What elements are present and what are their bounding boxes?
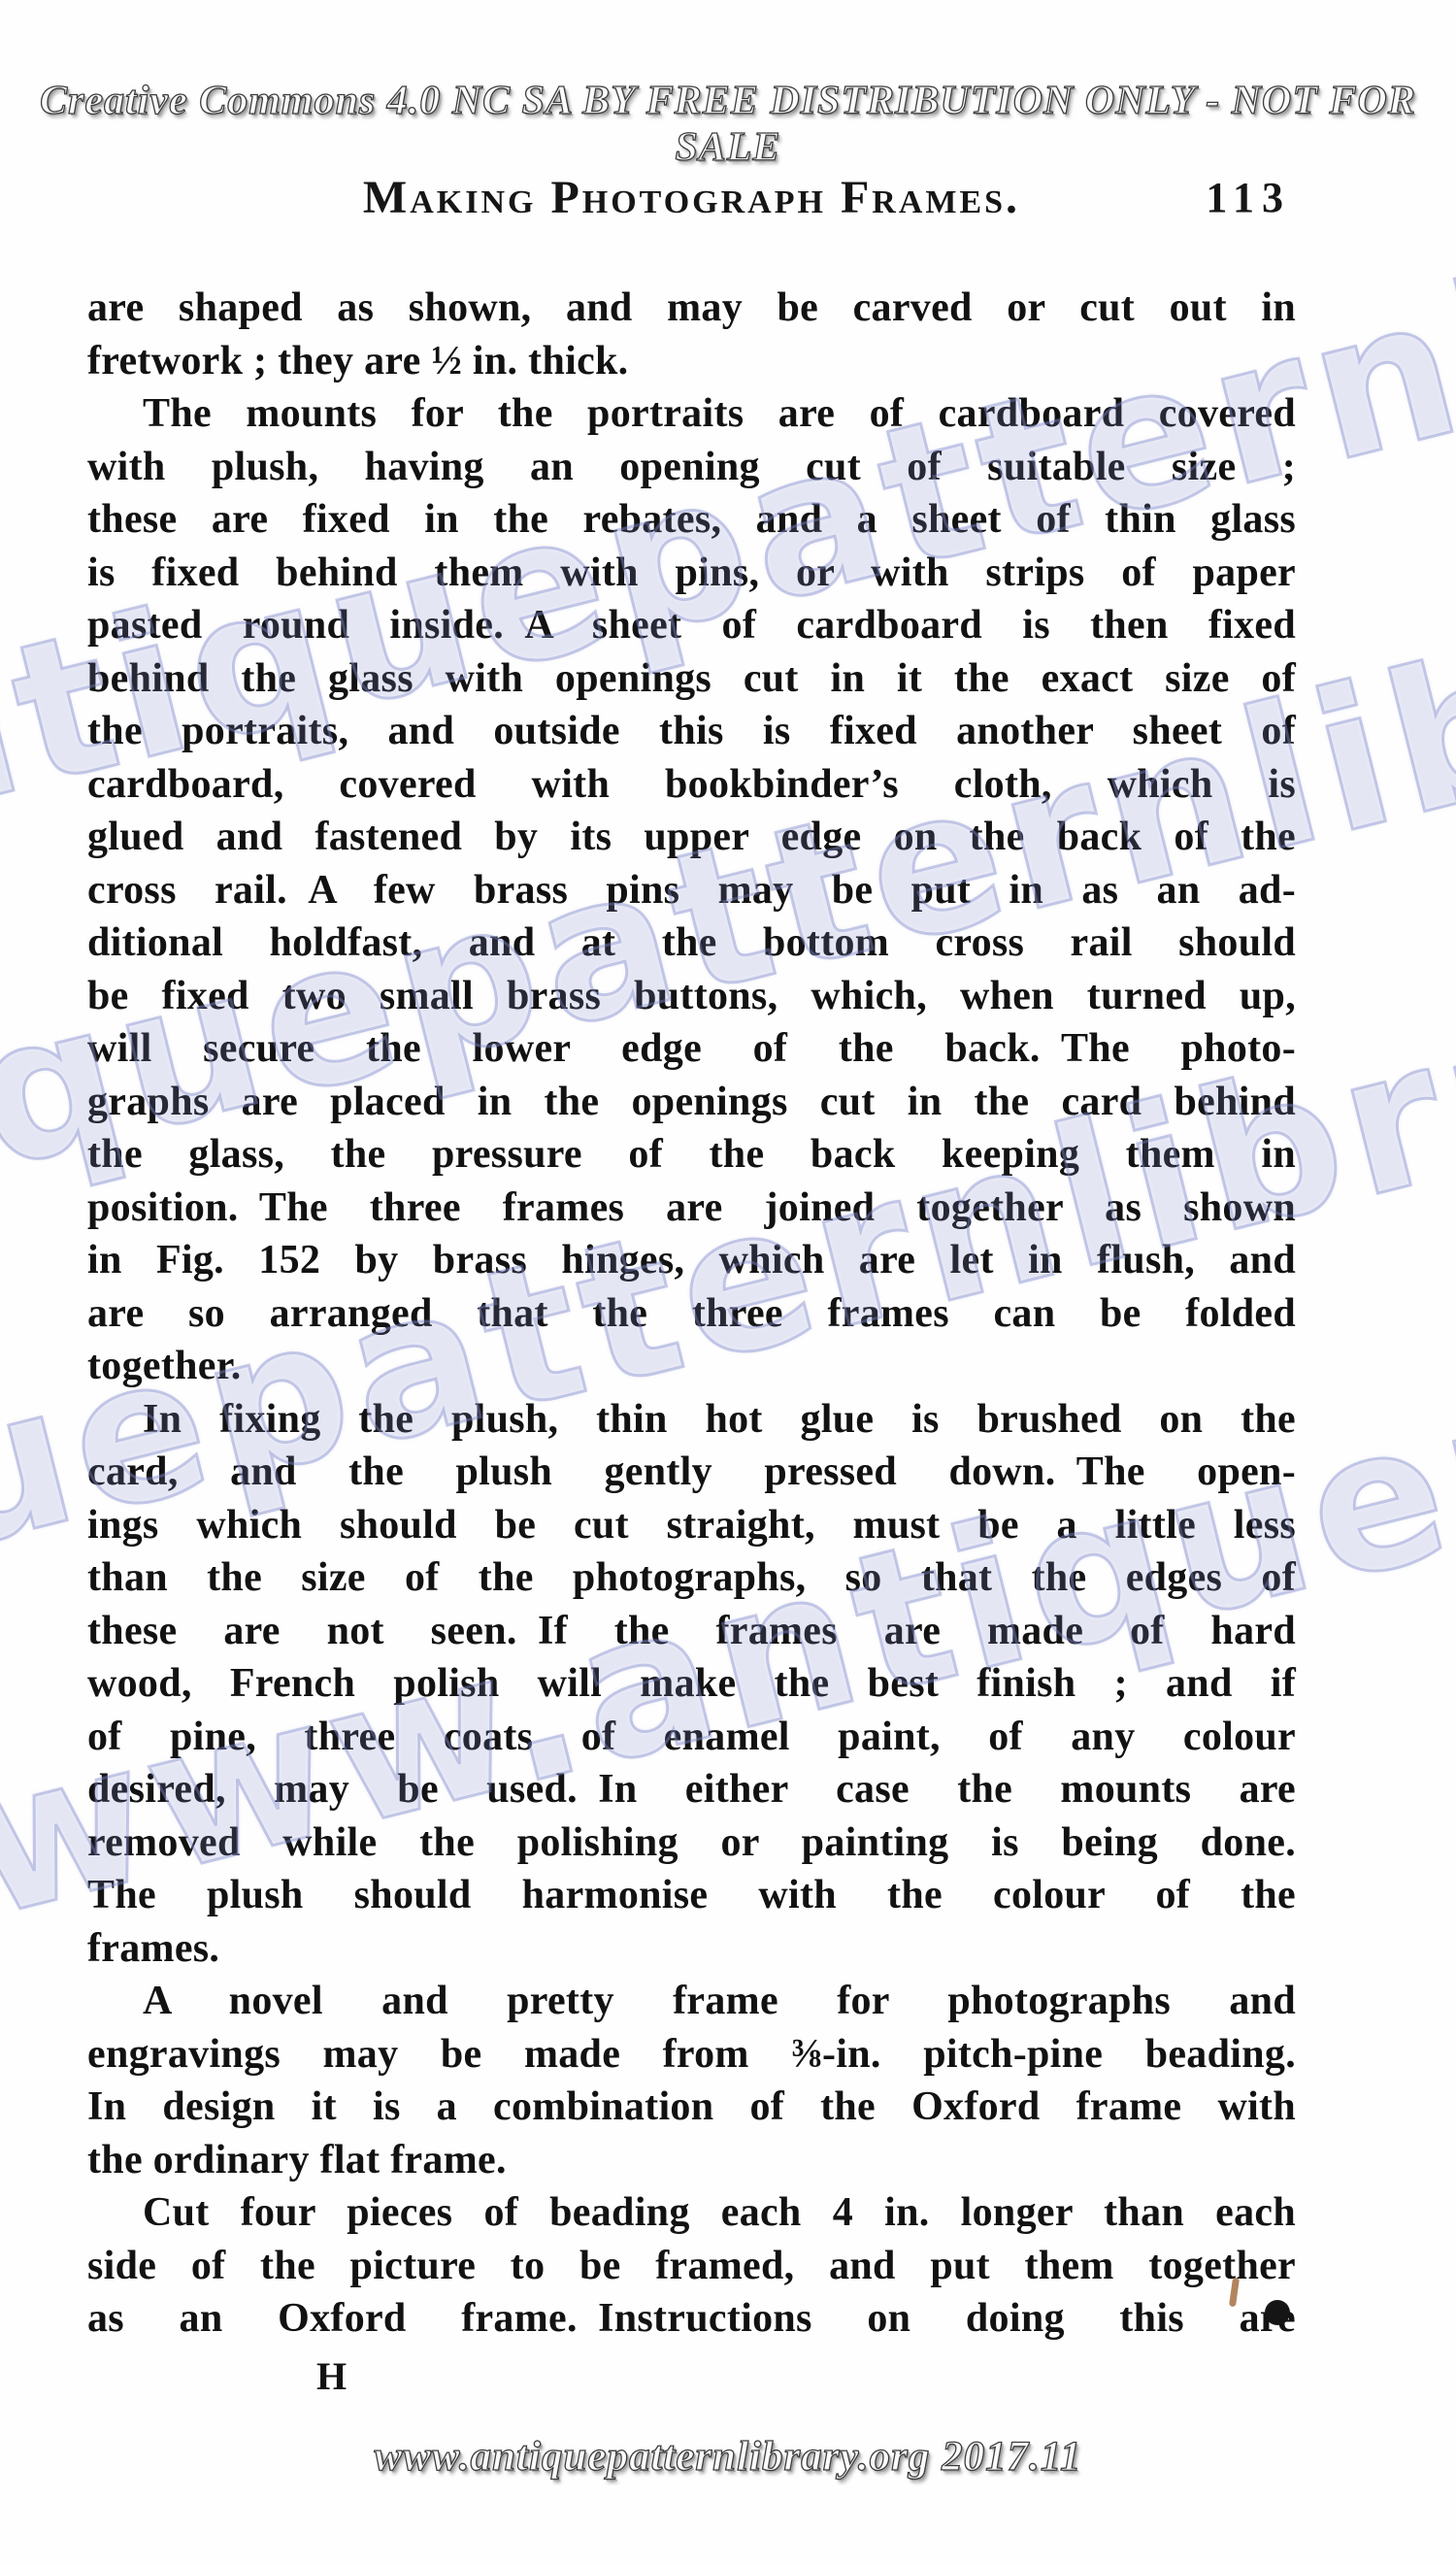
text-line: glued and fastened by its upper edge on … bbox=[87, 811, 1296, 864]
text-line: will secure the lower edge of the back. … bbox=[87, 1022, 1296, 1076]
text-line: as an Oxford frame. Instructions on doin… bbox=[87, 2292, 1296, 2346]
text-line: Cut four pieces of beading each 4 in. lo… bbox=[87, 2186, 1296, 2240]
text-line: The mounts for the portraits are of card… bbox=[87, 387, 1296, 441]
text-line: removed while the polishing or painting … bbox=[87, 1816, 1296, 1870]
license-notice: Creative Commons 4.0 NC SA BY FREE DISTR… bbox=[0, 78, 1456, 171]
text-line: are so arranged that the three frames ca… bbox=[87, 1287, 1296, 1341]
text-line: graphs are placed in the openings cut in… bbox=[87, 1076, 1296, 1129]
text-line: side of the picture to be framed, and pu… bbox=[87, 2240, 1296, 2293]
text-line: ditional holdfast, and at the bottom cro… bbox=[87, 916, 1296, 970]
text-line: these are fixed in the rebates, and a sh… bbox=[87, 493, 1296, 547]
text-line: is fixed behind them with pins, or with … bbox=[87, 547, 1296, 600]
page-title: Making Photograph Frames. bbox=[87, 171, 1296, 224]
page-number: 113 bbox=[1206, 173, 1291, 222]
text-line: In design it is a combination of the Oxf… bbox=[87, 2081, 1296, 2134]
text-line: cardboard, covered with bookbinder’s clo… bbox=[87, 758, 1296, 812]
body-text: are shaped as shown, and may be carved o… bbox=[87, 282, 1296, 2346]
text-line: together. bbox=[87, 1340, 1296, 1393]
footer-url: www.antiquepatternlibrary.org 2017.11 bbox=[0, 2433, 1456, 2481]
text-line: card, and the plush gently pressed down.… bbox=[87, 1446, 1296, 1499]
text-line: The plush should harmonise with the colo… bbox=[87, 1869, 1296, 1922]
text-line: than the size of the photographs, so tha… bbox=[87, 1551, 1296, 1605]
text-line: of pine, three coats of enamel paint, of… bbox=[87, 1711, 1296, 1764]
text-line: in Fig. 152 by brass hinges, which are l… bbox=[87, 1234, 1296, 1287]
text-line: are shaped as shown, and may be carved o… bbox=[87, 282, 1296, 335]
text-line: cross rail. A few brass pins may be put … bbox=[87, 864, 1296, 917]
running-head: Making Photograph Frames. 113 bbox=[87, 171, 1296, 229]
text-line: with plush, having an opening cut of sui… bbox=[87, 441, 1296, 494]
ink-blot bbox=[1265, 2300, 1290, 2325]
printer-signature-mark: H bbox=[316, 2353, 347, 2399]
text-line: the portraits, and outside this is fixed… bbox=[87, 705, 1296, 758]
text-line: position. The three frames are joined to… bbox=[87, 1182, 1296, 1235]
text-line: wood, French polish will make the best f… bbox=[87, 1657, 1296, 1711]
text-line: A novel and pretty frame for photographs… bbox=[87, 1975, 1296, 2028]
text-line: engravings may be made from ⅜-in. pitch-… bbox=[87, 2028, 1296, 2082]
text-line: fretwork ; they are ½ in. thick. bbox=[87, 335, 1296, 388]
text-line: these are not seen. If the frames are ma… bbox=[87, 1605, 1296, 1658]
text-line: the ordinary flat frame. bbox=[87, 2134, 1296, 2187]
text-line: ings which should be cut straight, must … bbox=[87, 1499, 1296, 1552]
text-line: desired, may be used. In either case the… bbox=[87, 1763, 1296, 1816]
text-line: pasted round inside. A sheet of cardboar… bbox=[87, 599, 1296, 652]
text-line: the glass, the pressure of the back keep… bbox=[87, 1128, 1296, 1182]
scanned-book-page: www.antiquepatternlibrary.org www.antiqu… bbox=[0, 0, 1456, 2565]
text-line: be fixed two small brass buttons, which,… bbox=[87, 970, 1296, 1023]
text-line: frames. bbox=[87, 1922, 1296, 1976]
text-line: In fixing the plush, thin hot glue is br… bbox=[87, 1393, 1296, 1447]
text-line: behind the glass with openings cut in it… bbox=[87, 652, 1296, 706]
